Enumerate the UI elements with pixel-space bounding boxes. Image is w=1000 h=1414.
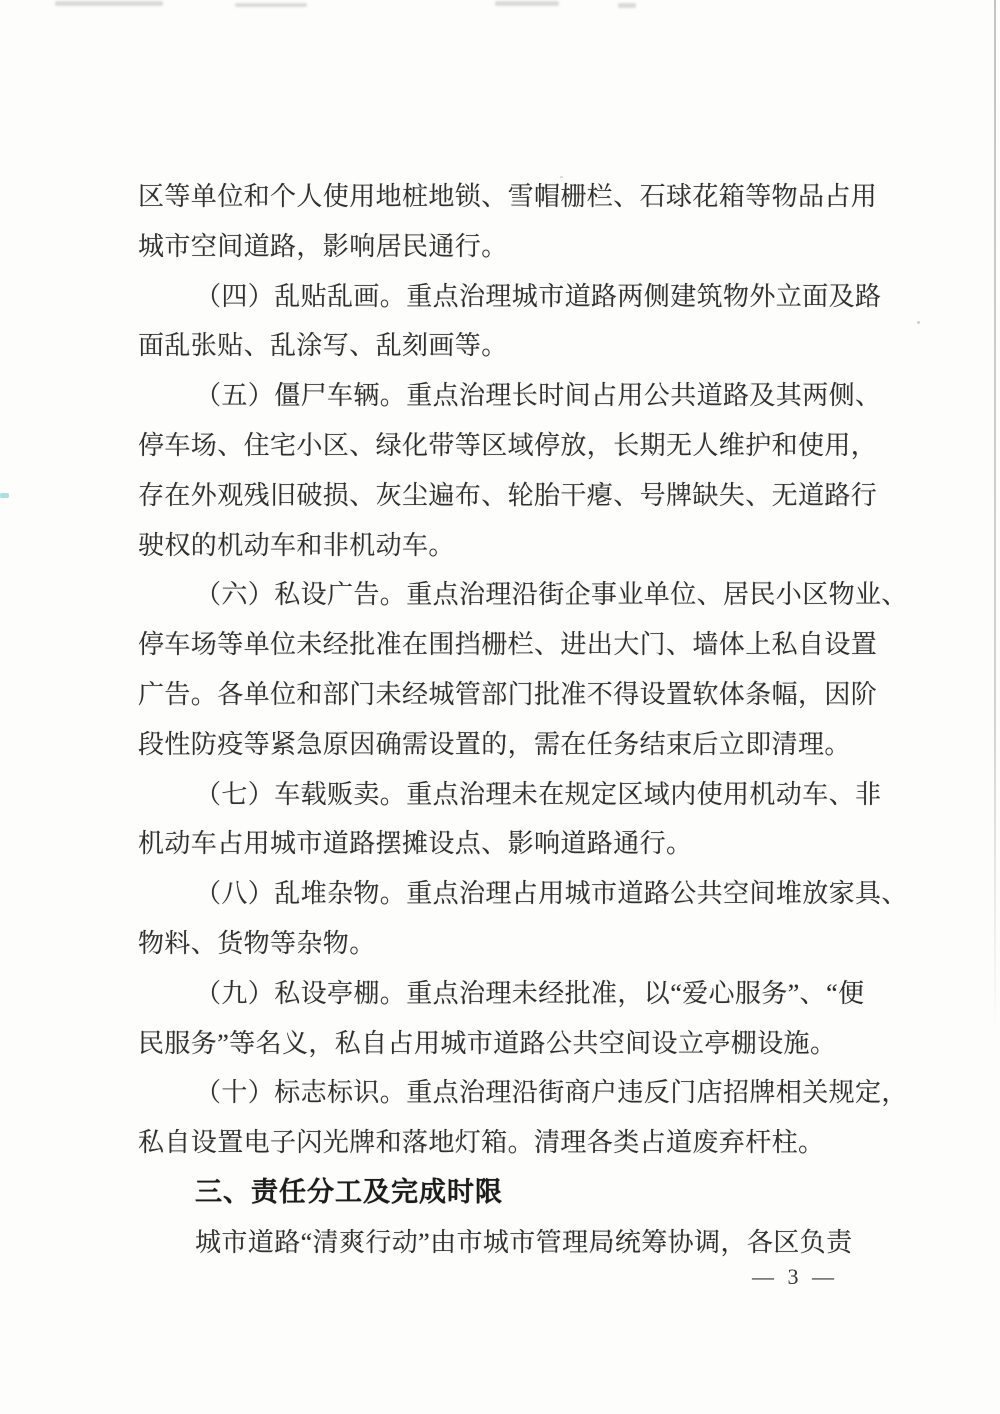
document-line: 停车场、住宅小区、绿化带等区域停放，长期无人维护和使用， [138, 421, 898, 471]
document-line: （四）乱贴乱画。重点治理城市道路两侧建筑物外立面及路 [138, 272, 898, 322]
document-body: 区等单位和个人使用地桩地锁、雪帽栅栏、石球花箱等物品占用城市空间道路，影响居民通… [138, 172, 898, 1268]
document-line: （六）私设广告。重点治理沿街企事业单位、居民小区物业、 [138, 570, 898, 620]
document-line: 广告。各单位和部门未经城管部门批准不得设置软体条幅，因阶 [138, 670, 898, 720]
document-line: 段性防疫等紧急原因确需设置的，需在任务结束后立即清理。 [138, 720, 898, 770]
document-line: 民服务”等名义，私自占用城市道路公共空间设立亭棚设施。 [138, 1019, 898, 1069]
scan-artifact-noise-dot [917, 321, 920, 324]
scan-artifact-left-mark [0, 493, 9, 498]
page-number: — 3 — [752, 1264, 838, 1290]
scan-artifact-top-smudge [235, 3, 307, 7]
document-line: （八）乱堆杂物。重点治理占用城市道路公共空间堆放家具、 [138, 869, 898, 919]
scan-artifact-top-smudge [618, 3, 636, 8]
document-line: （十）标志标识。重点治理沿街商户违反门店招牌相关规定， [138, 1068, 898, 1118]
document-line: 存在外观残旧破损、灰尘遍布、轮胎干瘪、号牌缺失、无道路行 [138, 471, 898, 521]
document-line: 城市道路“清爽行动”由市城市管理局统筹协调，各区负责 [138, 1218, 898, 1268]
section-heading: 三、责任分工及完成时限 [138, 1168, 898, 1218]
document-line: 区等单位和个人使用地桩地锁、雪帽栅栏、石球花箱等物品占用 [138, 172, 898, 222]
document-line: （七）车载贩卖。重点治理未在规定区域内使用机动车、非 [138, 770, 898, 820]
document-line: 停车场等单位未经批准在围挡栅栏、进出大门、墙体上私自设置 [138, 620, 898, 670]
scan-artifact-right-edge-line [994, 0, 996, 1035]
document-line: 驶权的机动车和非机动车。 [138, 521, 898, 571]
document-line: （九）私设亭棚。重点治理未经批准，以“爱心服务”、“便 [138, 969, 898, 1019]
document-line: （五）僵尸车辆。重点治理长时间占用公共道路及其两侧、 [138, 371, 898, 421]
document-line: 物料、货物等杂物。 [138, 919, 898, 969]
document-line: 面乱张贴、乱涂写、乱刻画等。 [138, 321, 898, 371]
document-line: 城市空间道路，影响居民通行。 [138, 222, 898, 272]
document-line: 机动车占用城市道路摆摊设点、影响道路通行。 [138, 819, 898, 869]
scan-artifact-top-smudge [495, 1, 559, 6]
scan-artifact-top-smudge [55, 1, 163, 6]
scanned-document-page: 区等单位和个人使用地桩地锁、雪帽栅栏、石球花箱等物品占用城市空间道路，影响居民通… [0, 0, 1000, 1414]
document-line: 私自设置电子闪光牌和落地灯箱。清理各类占道废弃杆柱。 [138, 1118, 898, 1168]
